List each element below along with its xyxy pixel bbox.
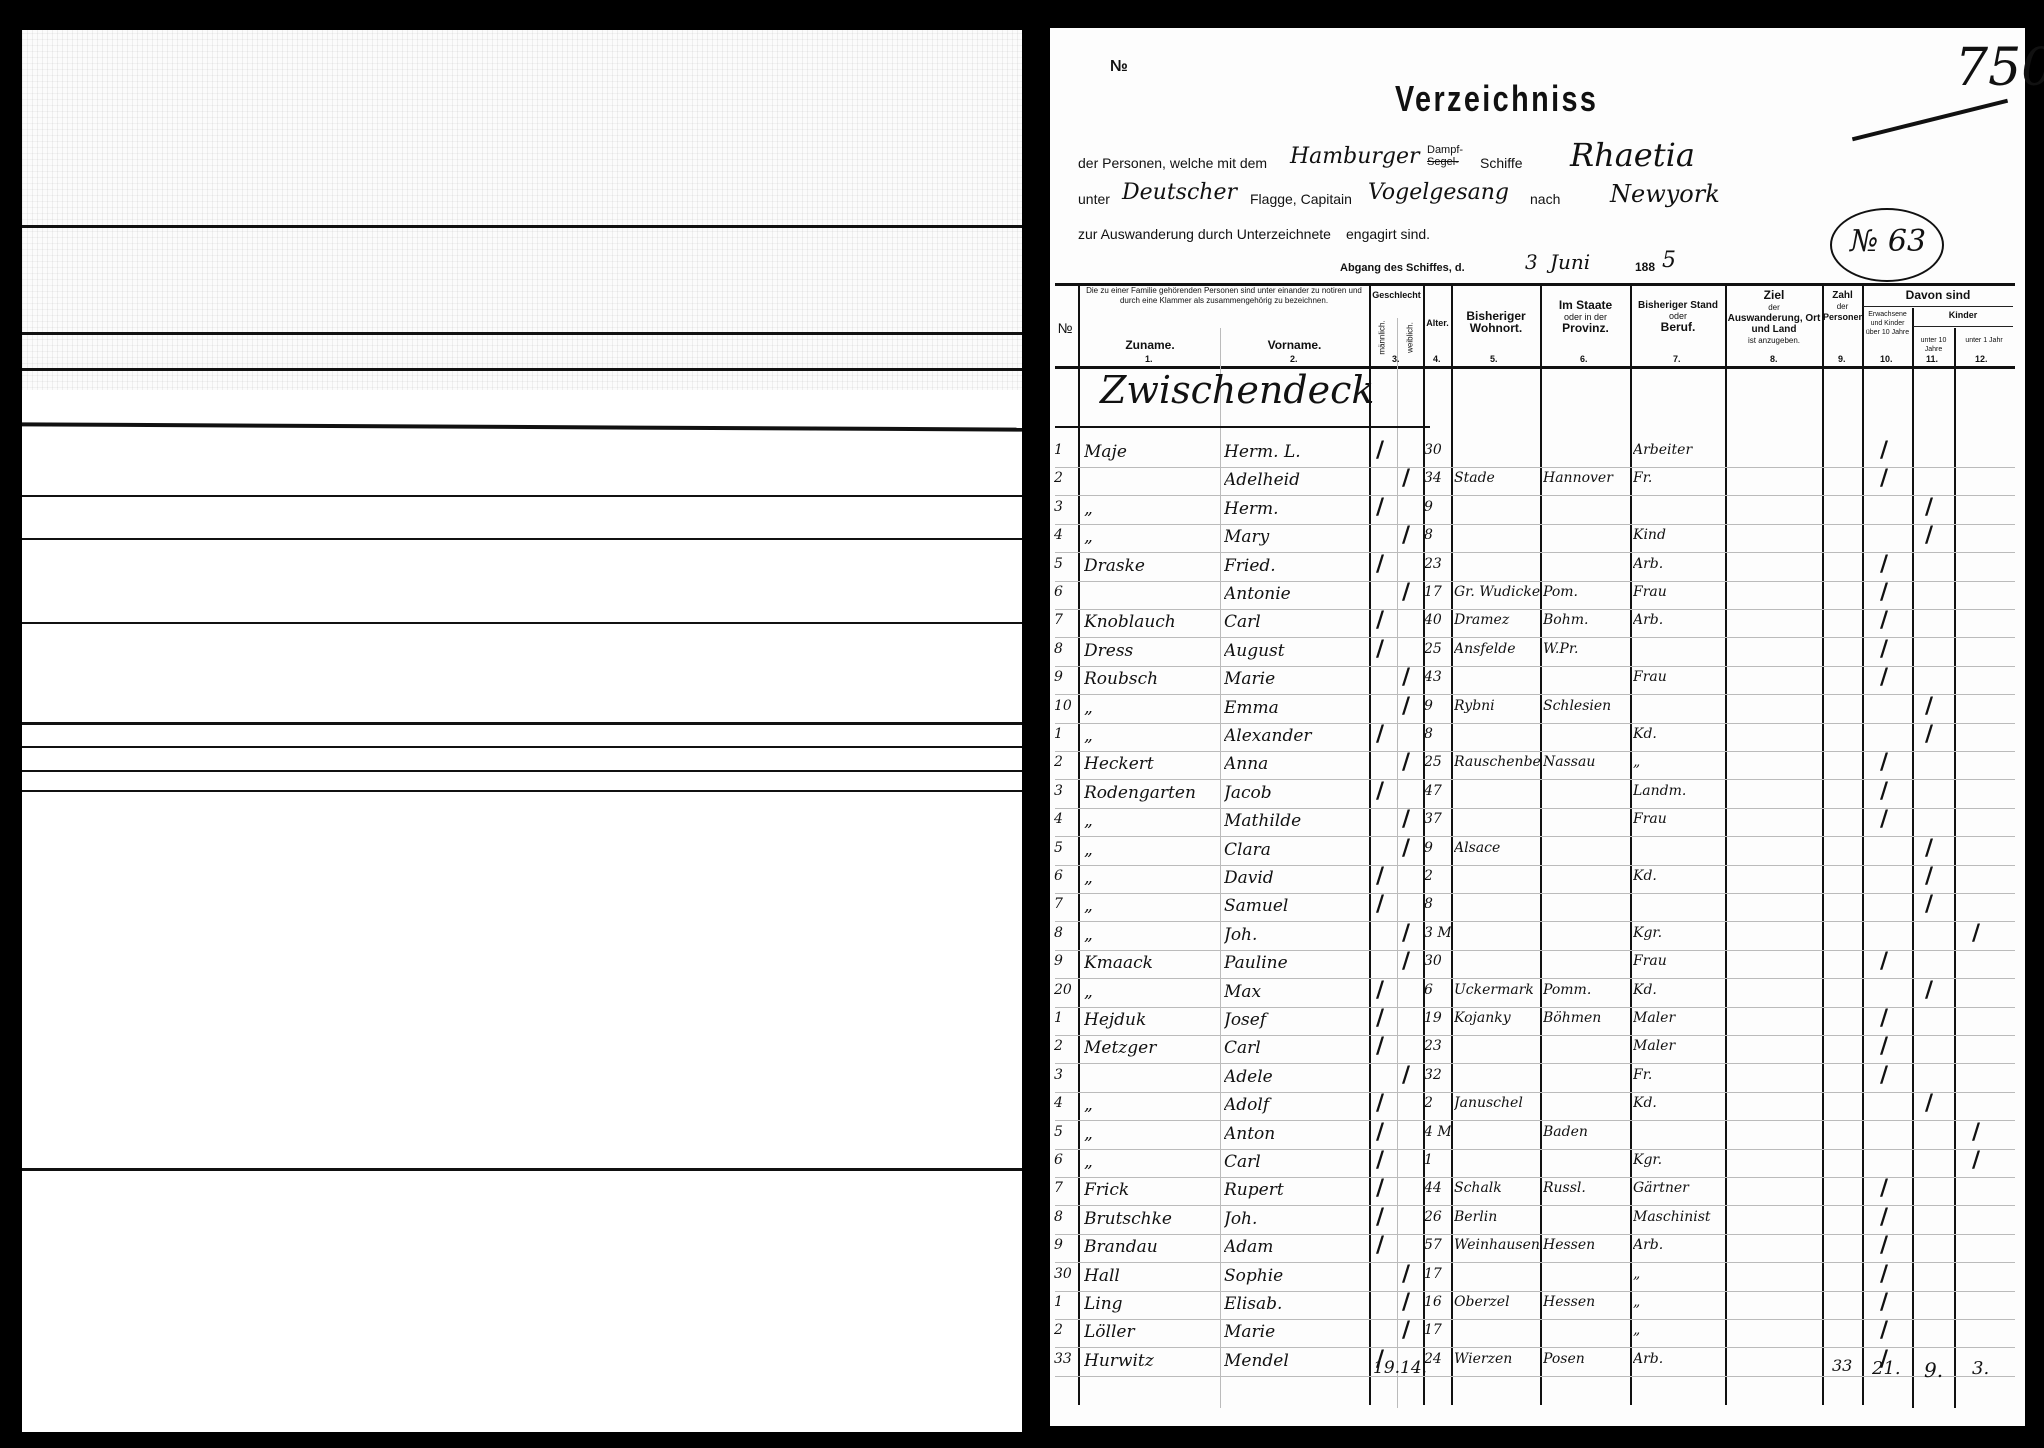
age: 8 [1424, 726, 1451, 742]
male-tick: / [1376, 1205, 1384, 1230]
kinder-rule [1913, 326, 2013, 327]
given-name: Herm. L. [1224, 442, 1366, 462]
residence: Rauschenberg [1454, 754, 1540, 770]
table-row: 1MajeHerm. L.30Arbeiter// [1050, 440, 2025, 470]
table-row: 4„Adolf2JanuschelKd.// [1050, 1093, 2025, 1123]
province: Böhmen [1543, 1010, 1629, 1026]
surname: Hall [1084, 1266, 1218, 1286]
surname: Metzger [1084, 1038, 1218, 1058]
surname: Hejduk [1084, 1010, 1218, 1030]
table-row: 5DraskeFried.23Arb.// [1050, 554, 2025, 584]
occupation: Frau [1633, 953, 1725, 969]
given-name: Marie [1224, 1322, 1366, 1342]
occupation: Fr. [1633, 1067, 1725, 1083]
occupation: Kgr. [1633, 925, 1725, 941]
bleed-line [22, 332, 1022, 335]
adult-tick: / [1880, 438, 1888, 463]
row-number: 8 [1054, 925, 1076, 941]
col-provinz: Provinz. [1562, 321, 1609, 335]
given-name: Fried. [1224, 556, 1366, 576]
residence: Dramez [1454, 612, 1540, 628]
occupation: Frau [1633, 669, 1725, 685]
given-name: Adele [1224, 1067, 1366, 1087]
given-name: Marie [1224, 669, 1366, 689]
male-tick: / [1376, 722, 1384, 747]
row-number: 8 [1054, 641, 1076, 657]
sheet-number-underline [1852, 99, 2008, 142]
departure-day: 3 [1525, 250, 1538, 274]
male-tick: / [1376, 779, 1384, 804]
row-number: 2 [1054, 470, 1076, 486]
age: 34 [1424, 470, 1451, 486]
col-number: 7. [1673, 354, 1681, 364]
age: 9 [1424, 698, 1451, 714]
table-row: 8DressAugust25AnsfeldeW.Pr.// [1050, 639, 2025, 669]
surname: Draske [1084, 556, 1218, 576]
surname: Hurwitz [1084, 1351, 1218, 1371]
bleed-line [22, 770, 1022, 772]
table-row: 20„Max6UckermarkPomm.Kd.// [1050, 980, 2025, 1010]
given-name: Sophie [1224, 1266, 1366, 1286]
row-number: 7 [1054, 896, 1076, 912]
age: 4 Mon [1424, 1124, 1451, 1140]
adult-tick: / [1880, 1034, 1888, 1059]
age: 6 [1424, 982, 1451, 998]
given-name: Pauline [1224, 953, 1366, 973]
male-tick: / [1376, 1120, 1384, 1145]
surname: „ [1084, 1152, 1218, 1172]
table-row: 1„Alexander8Kd.// [1050, 724, 2025, 754]
given-name: Antonie [1224, 584, 1366, 604]
adult-tick: / [1880, 466, 1888, 491]
col-number: 5. [1490, 354, 1498, 364]
given-name: August [1224, 641, 1366, 661]
row-number: 1 [1054, 726, 1076, 742]
male-tick: / [1376, 864, 1384, 889]
surname: Rodengarten [1084, 783, 1218, 803]
age: 40 [1424, 612, 1451, 628]
row-number: 9 [1054, 953, 1076, 969]
male-tick: / [1376, 608, 1384, 633]
row-number: 4 [1054, 1095, 1076, 1111]
occupation: Maler [1633, 1010, 1725, 1026]
surname: Brandau [1084, 1237, 1218, 1257]
col-zahl-bottom: Personen [1823, 312, 1864, 322]
table-row: 8BrutschkeJoh.26BerlinMaschinist// [1050, 1207, 2025, 1237]
under10-tick: / [1925, 836, 1933, 861]
male-tick: / [1376, 495, 1384, 520]
given-name: Jacob [1224, 783, 1366, 803]
female-tick: / [1402, 836, 1410, 861]
adult-tick: / [1880, 750, 1888, 775]
adult-tick: / [1880, 552, 1888, 577]
male-tick: / [1376, 552, 1384, 577]
age: 44 [1424, 1180, 1451, 1196]
occupation: Gärtner [1633, 1180, 1725, 1196]
row-number: 5 [1054, 1124, 1076, 1140]
male-tick: / [1376, 1148, 1384, 1173]
adult-tick: / [1880, 1205, 1888, 1230]
age: 26 [1424, 1209, 1451, 1225]
col-number: 2. [1290, 354, 1298, 364]
age: 3 Mon [1424, 925, 1451, 941]
surname: „ [1084, 499, 1218, 519]
surname: „ [1084, 925, 1218, 945]
adult-tick: / [1880, 665, 1888, 690]
under10-tick: / [1925, 495, 1933, 520]
col-alter-header: Alter. [1424, 318, 1451, 329]
captain-name: Vogelgesang [1368, 180, 1509, 205]
under10-tick: / [1925, 1091, 1933, 1116]
col-staate-top: Im Staate [1559, 298, 1612, 312]
province: Baden [1543, 1124, 1629, 1140]
col-zahl-top: Zahl [1832, 290, 1853, 301]
row-number: 30 [1054, 1266, 1076, 1282]
under1-tick: / [1972, 921, 1980, 946]
occupation: Landm. [1633, 783, 1725, 799]
col-number: 3. [1392, 354, 1400, 364]
row-number: 9 [1054, 1237, 1076, 1253]
adult-tick: / [1880, 608, 1888, 633]
table-row: 8„Joh.3 MonKgr.// [1050, 923, 2025, 953]
occupation: Frau [1633, 811, 1725, 827]
col-number: 1. [1145, 354, 1153, 364]
surname: Löller [1084, 1322, 1218, 1342]
age: 9 [1424, 840, 1451, 856]
destination: Newyork [1610, 180, 1720, 208]
col-unter1-header: unter 1 Jahr [1955, 336, 2013, 345]
bleed-line [22, 538, 1022, 540]
occupation: „ [1633, 1294, 1725, 1310]
age: 25 [1424, 641, 1451, 657]
adult-tick: / [1880, 1318, 1888, 1343]
departure-label: Abgang des Schiffes, d. [1340, 262, 1465, 274]
age: 1 [1424, 1152, 1451, 1168]
total-unter10: 9. [1924, 1358, 1943, 1382]
given-name: Samuel [1224, 896, 1366, 916]
under10-tick: / [1925, 722, 1933, 747]
age: 8 [1424, 527, 1451, 543]
under10-tick: / [1925, 864, 1933, 889]
residence: Ansfelde [1454, 641, 1540, 657]
female-tick: / [1402, 1318, 1410, 1343]
male-tick: / [1376, 1176, 1384, 1201]
table-row: 4„Mathilde37Frau// [1050, 809, 2025, 839]
table-row: 7KnoblauchCarl40DramezBohm.Arb.// [1050, 610, 2025, 640]
given-name: Anna [1224, 754, 1366, 774]
header-line2-nach: nach [1530, 191, 1560, 207]
surname: „ [1084, 840, 1218, 860]
adult-tick: / [1880, 580, 1888, 605]
row-number: 1 [1054, 442, 1076, 458]
occupation: Kd. [1633, 868, 1725, 884]
corner-mark: № [1110, 58, 1128, 76]
occupation: Frau [1633, 584, 1725, 600]
adult-tick: / [1880, 637, 1888, 662]
col-number: 10. [1880, 354, 1893, 364]
given-name: Clara [1224, 840, 1366, 860]
surname: „ [1084, 811, 1218, 831]
given-name: Anton [1224, 1124, 1366, 1144]
age: 25 [1424, 754, 1451, 770]
table-row: 2LöllerMarie17„// [1050, 1320, 2025, 1350]
total-maennlich: 19. [1373, 1358, 1400, 1378]
surname: „ [1084, 527, 1218, 547]
female-tick: / [1402, 807, 1410, 832]
surname: Heckert [1084, 754, 1218, 774]
female-tick: / [1402, 949, 1410, 974]
header-line3: zur Auswanderung durch Unterzeichnete [1078, 226, 1331, 242]
occupation: Arb. [1633, 1351, 1725, 1367]
page-title: Verzeichniss [1395, 78, 1598, 120]
surname: Frick [1084, 1180, 1218, 1200]
age: 23 [1424, 1038, 1451, 1054]
residence: Oberzel [1454, 1294, 1540, 1310]
table-row: 2Adelheid34StadeHannoverFr.// [1050, 468, 2025, 498]
col-wohnort-bottom: Wohnort. [1470, 321, 1522, 335]
row-number: 8 [1054, 1209, 1076, 1225]
age: 57 [1424, 1237, 1451, 1253]
total-personen: 33 [1832, 1356, 1852, 1375]
table-row: 4„Mary8Kind// [1050, 525, 2025, 555]
age: 17 [1424, 1266, 1451, 1282]
given-name: Emma [1224, 698, 1366, 718]
adult-tick: / [1880, 1063, 1888, 1088]
surname: Maje [1084, 442, 1218, 462]
header-line1-suffix: Schiffe [1480, 155, 1523, 171]
table-row: 10„Emma9RybniSchlesien// [1050, 696, 2025, 726]
col-number: 11. [1926, 354, 1938, 364]
male-tick: / [1376, 1006, 1384, 1031]
bleed-line [22, 622, 1022, 624]
residence: Kojanky [1454, 1010, 1540, 1026]
col-stand-top: Bisheriger Stand [1638, 300, 1718, 311]
given-name: Max [1224, 982, 1366, 1002]
adult-tick: / [1880, 1233, 1888, 1258]
male-tick: / [1376, 637, 1384, 662]
adult-tick: / [1880, 1006, 1888, 1031]
given-name: Elisab. [1224, 1294, 1366, 1314]
flag: Deutscher [1122, 180, 1237, 205]
residence: Uckermark [1454, 982, 1540, 998]
male-tick: / [1376, 438, 1384, 463]
province: Posen [1543, 1351, 1629, 1367]
female-tick: / [1402, 1262, 1410, 1287]
residence: Wierzen [1454, 1351, 1540, 1367]
given-name: David [1224, 868, 1366, 888]
residence: Rybni [1454, 698, 1540, 714]
occupation: „ [1633, 1266, 1725, 1282]
row-number: 2 [1054, 1038, 1076, 1054]
occupation: Kd. [1633, 726, 1725, 742]
age: 16 [1424, 1294, 1451, 1310]
occupation: Kd. [1633, 1095, 1725, 1111]
age: 23 [1424, 556, 1451, 572]
row-number: 6 [1054, 1152, 1076, 1168]
row-number: 3 [1054, 783, 1076, 799]
table-row: 5„Anton4 MonBaden// [1050, 1122, 2025, 1152]
col-unter10-header: unter 10 Jahre [1913, 336, 1954, 354]
given-name: Carl [1224, 1038, 1366, 1058]
female-tick: / [1402, 1290, 1410, 1315]
bleed-line [22, 225, 1022, 228]
table-row: 6Antonie17Gr. WudickePom.Frau// [1050, 582, 2025, 612]
table-row: 7FrickRupert44SchalkRussl.Gärtner// [1050, 1178, 2025, 1208]
col-number: 12. [1975, 354, 1988, 364]
list-number: № 63 [1850, 224, 1926, 259]
adult-tick: / [1880, 779, 1888, 804]
col-beruf: Beruf. [1661, 320, 1696, 334]
province: Hannover [1543, 470, 1629, 486]
province: Hessen [1543, 1294, 1629, 1310]
row-number: 4 [1054, 527, 1076, 543]
surname: Brutschke [1084, 1209, 1218, 1229]
row-number: 6 [1054, 584, 1076, 600]
age: 43 [1424, 669, 1451, 685]
header-line2-prefix: unter [1078, 191, 1110, 207]
row-number: 7 [1054, 612, 1076, 628]
adult-tick: / [1880, 949, 1888, 974]
province: Pomm. [1543, 982, 1629, 998]
section-rule [1055, 426, 1430, 428]
province: Bohm. [1543, 612, 1629, 628]
table-row: 5„Clara9Alsace// [1050, 838, 2025, 868]
row-rule [1055, 1376, 2015, 1377]
given-name: Joh. [1224, 1209, 1366, 1229]
table-row: 30HallSophie17„// [1050, 1264, 2025, 1294]
surname: „ [1084, 1124, 1218, 1144]
occupation: Kind [1633, 527, 1725, 543]
given-name: Mendel [1224, 1351, 1366, 1371]
male-tick: / [1376, 892, 1384, 917]
age: 8 [1424, 896, 1451, 912]
ship-type: Dampf- Segel- [1427, 144, 1463, 168]
province: Russl. [1543, 1180, 1629, 1196]
table-row: 1LingElisab.16OberzelHessen„// [1050, 1292, 2025, 1322]
ship-name: Rhaetia [1570, 136, 1695, 174]
row-number: 5 [1054, 840, 1076, 856]
surname: „ [1084, 982, 1218, 1002]
province: Nassau [1543, 754, 1629, 770]
col-davon-header: Davon sind [1906, 288, 1971, 302]
male-tick: / [1376, 1034, 1384, 1059]
row-number: 5 [1054, 556, 1076, 572]
surname: „ [1084, 896, 1218, 916]
under10-tick: / [1925, 978, 1933, 1003]
col-zuname-header: Zuname. [1125, 338, 1174, 352]
residence: Alsace [1454, 840, 1540, 856]
occupation: „ [1633, 1322, 1725, 1338]
residence: Stade [1454, 470, 1540, 486]
col-maennlich-header: männlich. [1377, 318, 1388, 358]
province: W.Pr. [1543, 641, 1629, 657]
adult-tick: / [1880, 1176, 1888, 1201]
male-tick: / [1376, 1233, 1384, 1258]
table-row: 9RoubschMarie43Frau// [1050, 667, 2025, 697]
row-number: 3 [1054, 499, 1076, 515]
table-row: 7„Samuel8// [1050, 894, 2025, 924]
under1-tick: / [1972, 1148, 1980, 1173]
residence: Weinhausen [1454, 1237, 1540, 1253]
female-tick: / [1402, 1063, 1410, 1088]
col-erwachsene-header: Erwachsene und Kinder über 10 Jahre [1863, 310, 1912, 337]
given-name: Josef [1224, 1010, 1366, 1030]
col-ziel-top: Ziel [1764, 288, 1785, 302]
occupation: Maler [1633, 1038, 1725, 1054]
province: Pom. [1543, 584, 1629, 600]
row-number: 2 [1054, 754, 1076, 770]
age: 37 [1424, 811, 1451, 827]
occupation: „ [1633, 754, 1725, 770]
under1-tick: / [1972, 1120, 1980, 1145]
manifest-page: № Verzeichniss 750 der Personen, welche … [1050, 28, 2025, 1426]
age: 17 [1424, 584, 1451, 600]
table-row: 2HeckertAnna25RauschenbergNassau„// [1050, 752, 2025, 782]
age: 9 [1424, 499, 1451, 515]
table-row: 6„David2Kd.// [1050, 866, 2025, 896]
given-name: Mary [1224, 527, 1366, 547]
occupation: Fr. [1633, 470, 1725, 486]
table-row: 3„Herm.9// [1050, 497, 2025, 527]
female-tick: / [1402, 694, 1410, 719]
total-erwachsene: 21. [1872, 1358, 1901, 1379]
row-number: 10 [1054, 698, 1076, 714]
age: 30 [1424, 442, 1451, 458]
table-row: 9BrandauAdam57WeinhausenHessenArb.// [1050, 1235, 2025, 1265]
age: 19 [1424, 1010, 1451, 1026]
adult-tick: / [1880, 807, 1888, 832]
bleed-line [22, 1168, 1022, 1171]
occupation: Arb. [1633, 556, 1725, 572]
under10-tick: / [1925, 523, 1933, 548]
surname: „ [1084, 726, 1218, 746]
row-number: 1 [1054, 1010, 1076, 1026]
row-number: 7 [1054, 1180, 1076, 1196]
row-number: 3 [1054, 1067, 1076, 1083]
row-number: 2 [1054, 1322, 1076, 1338]
row-number: 1 [1054, 1294, 1076, 1310]
header-line3-suffix: engagirt sind. [1346, 226, 1430, 242]
given-name: Herm. [1224, 499, 1366, 519]
row-number: 6 [1054, 868, 1076, 884]
residence: Januschel [1454, 1095, 1540, 1111]
age: 2 [1424, 1095, 1451, 1111]
surname: „ [1084, 868, 1218, 888]
row-number: 9 [1054, 669, 1076, 685]
bleed-line [22, 495, 1022, 497]
table-row: 9KmaackPauline30Frau// [1050, 951, 2025, 981]
row-number: 20 [1054, 982, 1076, 998]
col-number: 8. [1770, 354, 1778, 364]
female-tick: / [1402, 580, 1410, 605]
male-tick: / [1376, 1091, 1384, 1116]
col-geschlecht-header: Geschlecht [1370, 290, 1423, 301]
age: 47 [1424, 783, 1451, 799]
age: 24 [1424, 1351, 1451, 1367]
occupation: Arb. [1633, 612, 1725, 628]
occupation: Arb. [1633, 1237, 1725, 1253]
bleed-line [22, 790, 1022, 792]
surname: Ling [1084, 1294, 1218, 1314]
section-label: Zwischendeck [1100, 368, 1374, 412]
female-tick: / [1402, 665, 1410, 690]
residence: Berlin [1454, 1209, 1540, 1225]
residence: Gr. Wudicke [1454, 584, 1540, 600]
age: 17 [1424, 1322, 1451, 1338]
given-name: Carl [1224, 1152, 1366, 1172]
table-row: 6„Carl1Kgr.// [1050, 1150, 2025, 1180]
col-number: 4. [1433, 354, 1441, 364]
